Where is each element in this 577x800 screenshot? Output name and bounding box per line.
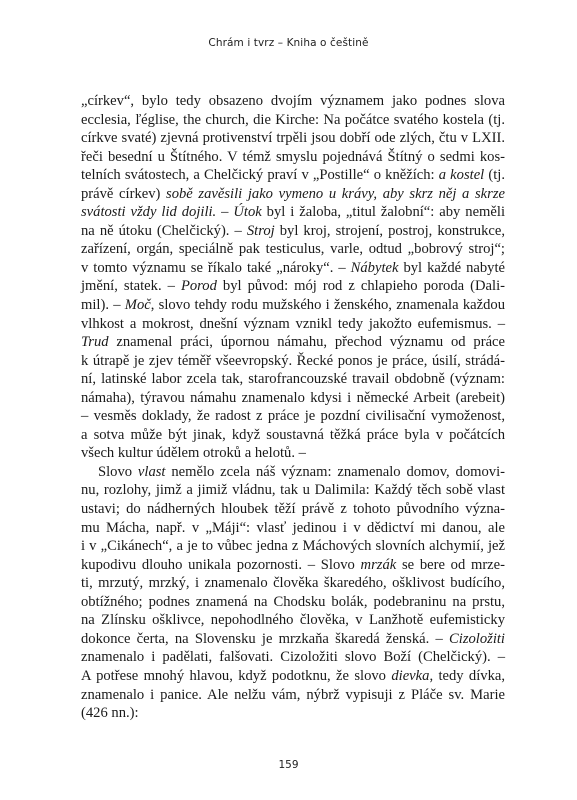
text-line: v tomto významu se říkalo také „nároky“.… [81,259,505,278]
text-run: znamenal práci, úpornou námahu, přechod … [109,334,505,350]
italic-term: Stroj [247,223,275,239]
text-line: ustavi; do nádherných hloubek těží právě… [81,500,505,519]
text-line: ecclesia, ľéglise, the church, die Kirch… [81,111,505,130]
running-head: Chrám i tvrz – Kniha o češtině [0,37,577,49]
text-run: na ně útoku (Chelčický). – [81,223,247,239]
text-run: Slovo [98,464,138,480]
text-run: byl i žaloba, „titul žalobní“: aby neměl… [262,204,505,220]
text-run: právě církev) [81,186,166,202]
text-run: ustavi; do nádherných hloubek těží právě… [81,501,505,517]
text-line: námaha), týravou námahu znamenalo kdysi … [81,389,505,408]
text-line: – vesměs doklady, že radost z práce je p… [81,407,505,426]
text-run: telních svátostech, a Chelčický praví v … [81,167,439,183]
text-line: kupodivu dlouho unikala pozornosti. – Sl… [81,556,505,575]
text-line: všech kultur údělem otroků a helotů. – [81,444,505,463]
page-number: 159 [0,759,577,771]
text-run: církve svaté) zjevná protivenství trpěli… [81,130,505,146]
text-run: zařízení, orgán, speciálně pak testiculu… [81,241,505,257]
text-run: na Zlínsku ošklivce, nepohodlného člověk… [81,612,505,628]
text-run: v tomto významu se říkalo také „nároky“.… [81,260,351,276]
italic-term: Trud [81,334,109,350]
italic-term: Útok [233,204,261,220]
text-line: nu, rozlohy, jimž a jimiž vládnu, tak u … [81,481,505,500]
text-run: a sotva může být jinak, když soustavná t… [81,427,505,443]
text-run: „církev“, bylo tedy obsazeno dvojím význ… [81,93,505,109]
text-run: (426 nn.): [81,705,139,721]
text-run: obtížného; podnes znamená na Chodsku bol… [81,594,505,610]
italic-term: dievka [391,668,429,684]
text-run: – vesměs doklady, že radost z práce je p… [81,408,505,424]
text-run: byl každé nabyté [398,260,505,276]
text-line: obtížného; podnes znamená na Chodsku bol… [81,593,505,612]
text-line: znamenalo i padělati, falšovati. Cizolož… [81,648,505,667]
text-line: „církev“, bylo tedy obsazeno dvojím význ… [81,92,505,111]
italic-term: mrzák [361,557,397,573]
text-run: znamenalo i panice. Ale nelžu vám, nýbrž… [81,687,505,703]
italic-term: a kostel [439,167,484,183]
text-line: zařízení, orgán, speciálně pak testiculu… [81,240,505,259]
text-run: se bere od mrze- [396,557,505,573]
text-run: všech kultur údělem otroků a helotů. – [81,445,306,461]
text-line: mil). – Moč, slovo tehdy rodu mužského i… [81,296,505,315]
text-run: k útrapě je zjev téměř všeevropský. Řeck… [81,353,505,369]
text-run: ní, latinské labor zcela tak, starofranc… [81,371,505,387]
text-run: řeči besední u Štítného. V témž smyslu p… [81,149,505,165]
text-line: k útrapě je zjev téměř všeevropský. Řeck… [81,352,505,371]
text-line: ti, mrzutý, mrzký, i znamenalo člověka š… [81,574,505,593]
text-line: řeči besední u Štítného. V témž smyslu p… [81,148,505,167]
text-line: ní, latinské labor zcela tak, starofranc… [81,370,505,389]
text-run: vlhkost a mokrost, dnešní význam vznikl … [81,316,505,332]
text-line: vlhkost a mokrost, dnešní význam vznikl … [81,315,505,334]
text-run: kupodivu dlouho unikala pozornosti. – Sl… [81,557,361,573]
text-line: svátosti vždy lid dojili. – Útok byl i ž… [81,203,505,222]
text-run: ecclesia, ľéglise, the church, die Kirch… [81,112,505,128]
text-run: A potřese mnohý hlavou, když podotknu, ž… [81,668,391,684]
text-line: mu Mácha, např. v „Máji“: vlasť jedinou … [81,519,505,538]
italic-term: svátosti vždy lid dojili. [81,204,216,220]
text-line: znamenalo i panice. Ale nelžu vám, nýbrž… [81,686,505,705]
text-line: církve svaté) zjevná protivenství trpěli… [81,129,505,148]
italic-term: vlast [138,464,166,480]
text-line: na ně útoku (Chelčický). – Stroj byl kro… [81,222,505,241]
text-run: (tj. [484,167,505,183]
text-line: dokonce čerta, na Slovensku je mrzkaňa š… [81,630,505,649]
text-run: , slovo tehdy rodu mužského i ženského, … [151,297,505,313]
text-run: nu, rozlohy, jimž a jimiž vládnu, tak u … [81,482,505,498]
text-line: právě církev) sobě zavěsili jako vymeno … [81,185,505,204]
text-line: telních svátostech, a Chelčický praví v … [81,166,505,185]
body-text: „církev“, bylo tedy obsazeno dvojím význ… [81,92,505,723]
text-line: a sotva může být jinak, když soustavná t… [81,426,505,445]
text-line: Trud znamenal práci, úpornou námahu, pře… [81,333,505,352]
text-line: na Zlínsku ošklivce, nepohodlného člověk… [81,611,505,630]
text-run: byl původ: mój rod z chlapieho poroda (D… [217,278,505,294]
text-run: dokonce čerta, na Slovensku je mrzkaňa š… [81,631,449,647]
text-run: mil). – [81,297,125,313]
paragraph: „církev“, bylo tedy obsazeno dvojím význ… [81,92,505,463]
text-line: A potřese mnohý hlavou, když podotknu, ž… [81,667,505,686]
text-line: Slovo vlast nemělo zcela náš význam: zna… [81,463,505,482]
text-run: námaha), týravou námahu znamenalo kdysi … [81,390,505,406]
text-run: nemělo zcela náš význam: znamenalo domov… [166,464,506,480]
text-line: jmění, statek. – Porod byl původ: mój ro… [81,277,505,296]
text-run: i v „Cikánech“, a je to vůbec jedna z Má… [81,538,505,554]
text-run: znamenalo i padělati, falšovati. Cizolož… [81,649,505,665]
text-line: i v „Cikánech“, a je to vůbec jedna z Má… [81,537,505,556]
italic-term: Porod [181,278,217,294]
text-run: ti, mrzutý, mrzký, i znamenalo člověka š… [81,575,505,591]
paragraph: Slovo vlast nemělo zcela náš význam: zna… [81,463,505,723]
text-line: (426 nn.): [81,704,505,723]
text-run: – [216,204,233,220]
text-run: , tedy dívka, [429,668,505,684]
italic-term: Nábytek [351,260,399,276]
italic-term: Moč [125,297,151,313]
italic-term: Cizoložiti [449,631,505,647]
text-run: mu Mácha, např. v „Máji“: vlasť jedinou … [81,520,505,536]
text-run: jmění, statek. – [81,278,181,294]
text-run: byl kroj, strojení, postroj, konstrukce, [275,223,505,239]
italic-term: sobě zavěsili jako vymeno u krávy, aby s… [166,186,505,202]
